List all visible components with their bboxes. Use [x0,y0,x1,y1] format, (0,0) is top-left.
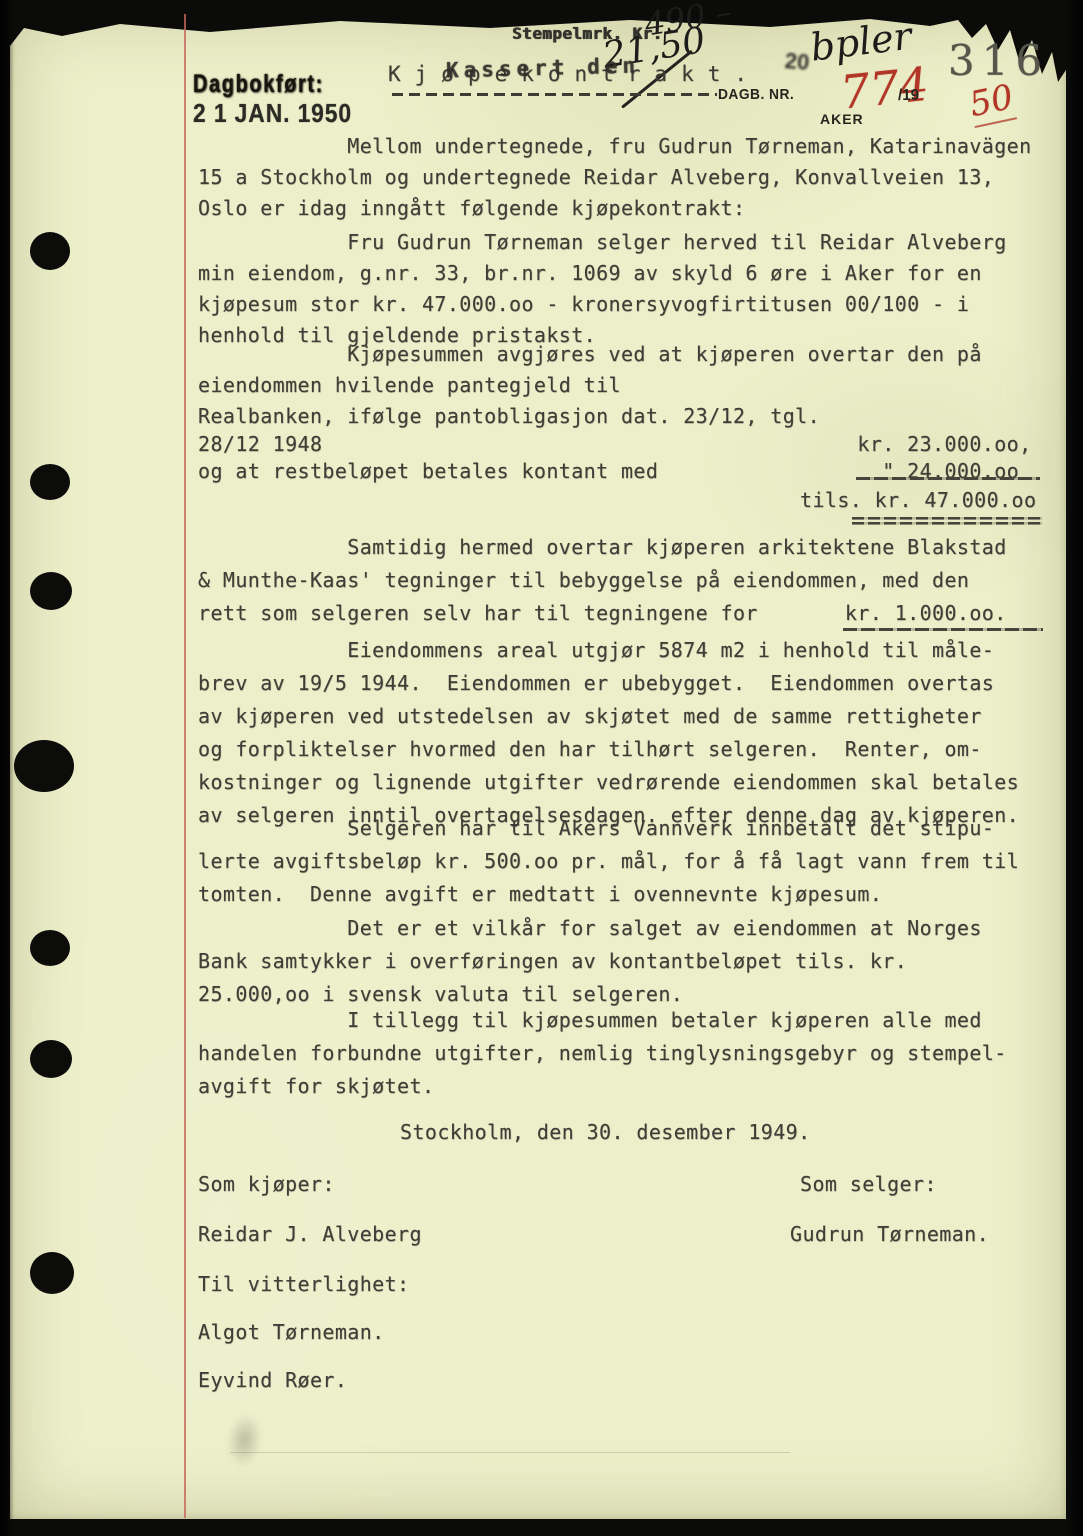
punch-hole [30,930,70,966]
drawings-amount-underline [843,628,1043,631]
seller-name: Gudrun Tørneman. [790,1222,989,1246]
daybook-year-prefix: /19 [898,87,919,105]
amount-underline [856,477,1040,480]
punch-hole [30,1040,72,1078]
punch-hole [14,740,74,792]
scanned-contract-page: Dagbokført: 2 1 JAN. 1950 Stempelmrk. Kr… [0,0,1083,1536]
ink-stamp-blob: 20 [784,48,811,76]
page-number-stamp: 316 [948,36,1049,85]
title-dashed-rule [392,93,717,96]
daybook-number-label: DAGB. NR. [718,86,794,103]
date-received-stamp: 2 1 JAN. 1950 [193,98,352,129]
paragraph-parties: Mellom undertegnede, fru Gudrun Tørneman… [198,131,1032,224]
paragraph-fees: I tillegg til kjøpesummen betaler kjøper… [198,1004,1007,1103]
witness2-name: Eyvind Røer. [198,1368,347,1392]
date-line: Stockholm, den 30. desember 1949. [400,1120,811,1144]
journal-entry-stamp: Dagbokført: [193,70,324,99]
punch-hole [30,572,72,610]
punch-hole [30,232,70,270]
paragraph-drawings: Samtidig hermed overtar kjøperen arkitek… [198,531,1007,630]
punch-hole [30,1252,74,1294]
total-double-underline [852,517,1042,525]
paragraph-waterworks: Selgeren har til Akers Vannverk innbetal… [198,812,1019,911]
seller-label: Som selger: [800,1172,937,1196]
buyer-name: Reidar J. Alveberg [198,1222,422,1246]
witness1-name: Algot Tørneman. [198,1320,385,1344]
paragraph-settlement: Kjøpesummen avgjøres ved at kjøperen ove… [198,339,982,432]
buyer-label: Som kjøper: [198,1172,335,1196]
punch-hole [30,464,70,500]
margin-rule [184,14,186,1518]
paragraph-norges-bank: Det er et vilkår for salget av eiendomme… [198,912,982,1011]
paragraph-sale: Fru Gudrun Tørneman selger herved til Re… [198,227,1007,351]
district-stamp: AKER [820,111,864,127]
witness-label: Til vitterlighet: [198,1272,410,1296]
paragraph-property: Eiendommens areal utgjør 5874 m2 i henho… [198,634,1019,832]
cancelled-stamp: Kassert den [446,53,641,82]
total-line: tils. kr. 47.000.oo [800,488,1036,512]
